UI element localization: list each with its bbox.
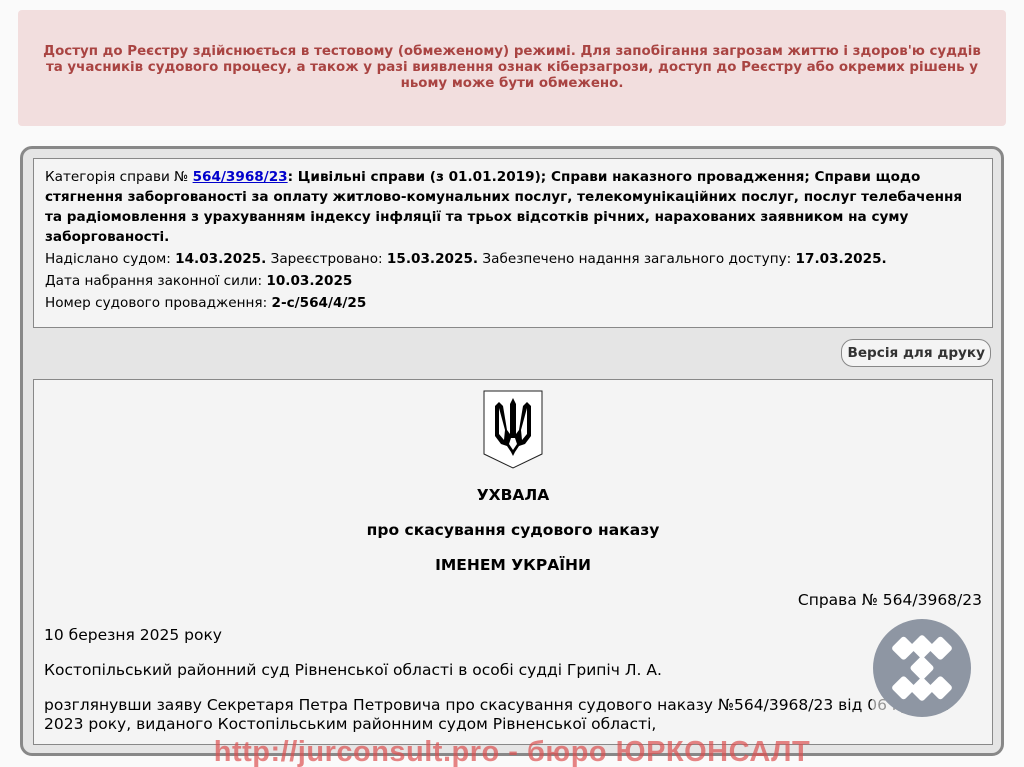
document-subtitle: про скасування судового наказу — [34, 521, 992, 539]
document-case-number: Справа № 564/3968/23 — [798, 591, 982, 609]
case-dates: Надіслано судом: 14.03.2025. Зареєстрова… — [45, 249, 981, 269]
document-heading: ІМЕНЕМ УКРАЇНИ — [34, 556, 992, 574]
document-paragraph: розглянувши заяву Секретаря Петра Петров… — [44, 696, 982, 734]
effective-date: 10.03.2025 — [266, 273, 352, 289]
registered-date: 15.03.2025. — [387, 251, 478, 267]
print-version-button[interactable]: Версія для друку — [841, 339, 991, 367]
effective-date-row: Дата набрання законної сили: 10.03.2025 — [45, 271, 981, 291]
ukraine-coat-of-arms-icon — [483, 390, 543, 470]
proceeding-number-row: Номер судового провадження: 2-с/564/4/25 — [45, 293, 981, 313]
access-notice: Доступ до Реєстру здійснюється в тестово… — [18, 10, 1006, 126]
watermark-text: http://jurconsult.pro - бюро ЮРКОНСАЛТ — [0, 734, 1024, 767]
document-title: УХВАЛА — [34, 486, 992, 504]
decision-document: УХВАЛА про скасування судового наказу ІМ… — [33, 379, 993, 745]
document-paragraph: 10 березня 2025 року — [44, 626, 982, 645]
case-metadata: Категорія справи № 564/3968/23: Цивільні… — [33, 158, 993, 328]
proceeding-number: 2-с/564/4/25 — [272, 295, 367, 311]
public-access-date: 17.03.2025. — [796, 251, 887, 267]
sent-date: 14.03.2025. — [175, 251, 266, 267]
case-category: Категорія справи № 564/3968/23: Цивільні… — [45, 167, 981, 247]
decision-frame: Категорія справи № 564/3968/23: Цивільні… — [20, 146, 1004, 756]
document-paragraph: Костопільський районний суд Рівненської … — [44, 661, 982, 680]
access-notice-text: Доступ до Реєстру здійснюється в тестово… — [34, 44, 990, 92]
case-number-link[interactable]: 564/3968/23 — [193, 169, 288, 185]
puzzle-badge-icon[interactable] — [872, 618, 972, 718]
